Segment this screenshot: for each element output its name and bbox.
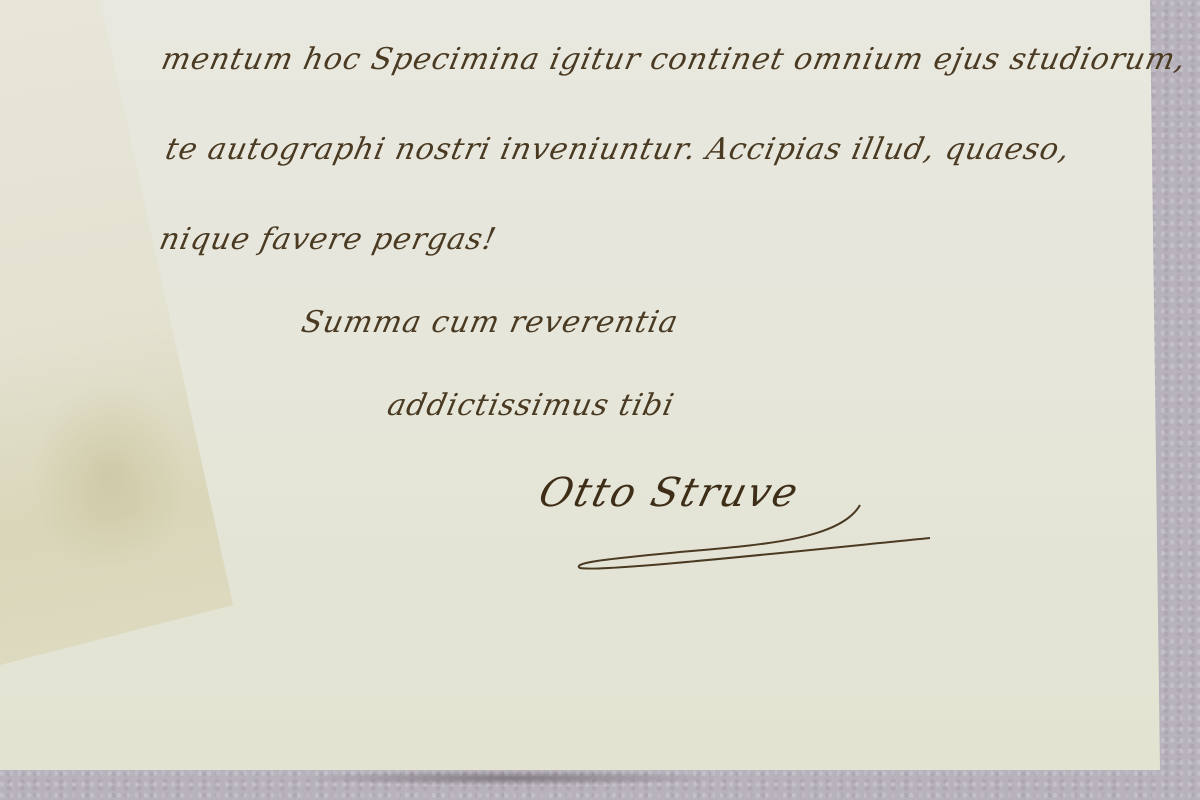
sheet-shadow [300,770,720,786]
closing-line-2: addictissimus tibi [384,388,677,423]
letter-line-3: nique favere pergas! [156,222,499,257]
closing-line-1: Summa cum reverentia [298,305,681,340]
signature-flourish-icon [560,500,940,580]
paper-stain [30,380,190,570]
letter-line-2: te autographi nostri inveniuntur. Accipi… [162,132,1073,167]
letter-line-1: mentum hoc Specimina igitur continet omn… [158,42,1189,77]
